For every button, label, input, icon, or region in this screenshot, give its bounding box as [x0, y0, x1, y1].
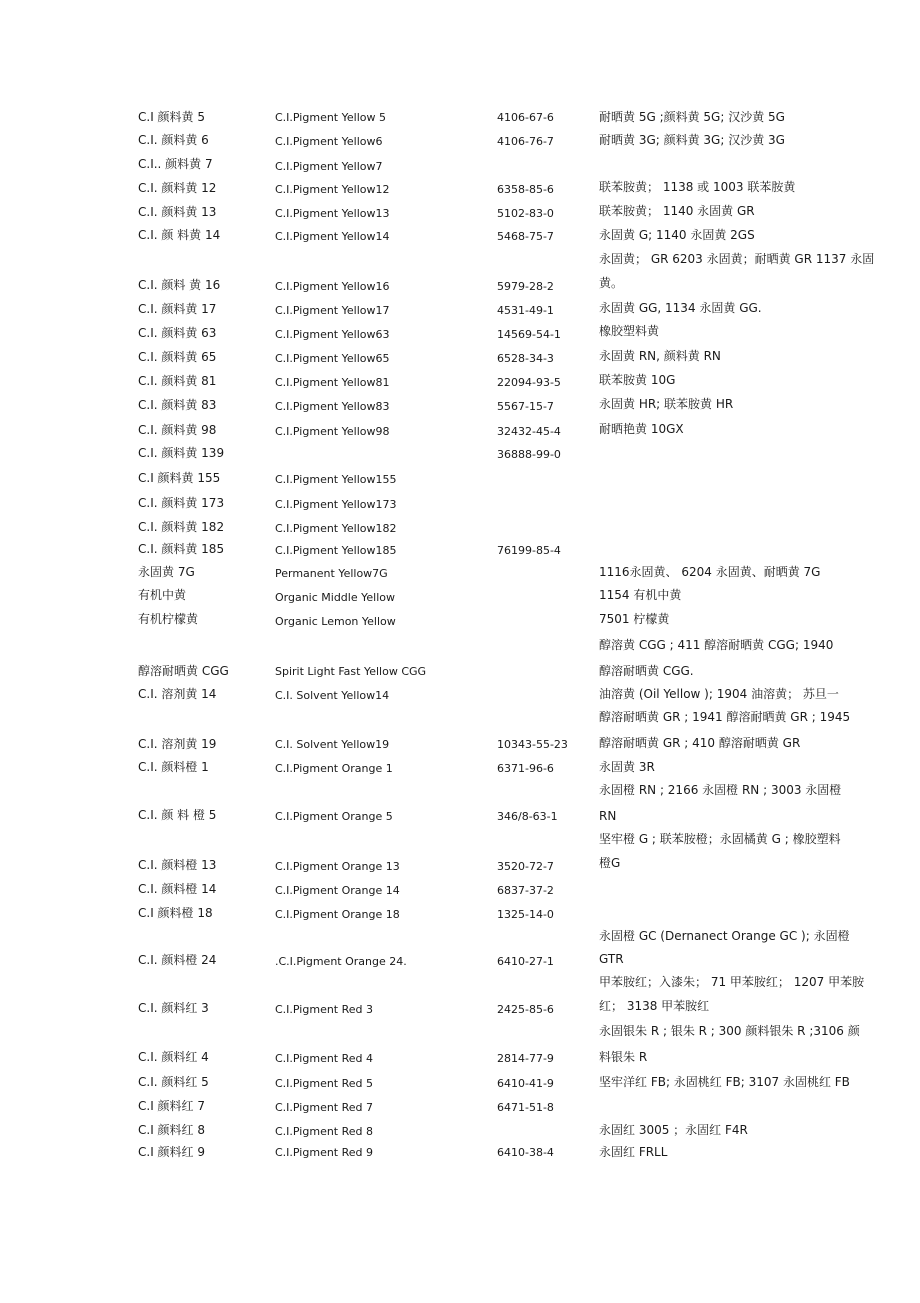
trade-names-cell: 耐晒艳黄 10GX [599, 422, 684, 436]
english-name-cell: C.I.Pigment Yellow155 [275, 473, 396, 487]
cas-number-cell: 346/8-63-1 [497, 810, 558, 824]
english-name-cell: C.I.Pigment Yellow 5 [275, 111, 386, 125]
cas-number-cell: 6410-27-1 [497, 955, 554, 969]
cas-number-cell: 3520-72-7 [497, 860, 554, 874]
chinese-name-cell: C.I. 溶剂黄 19 [138, 737, 216, 751]
trade-names-cell: 橙G [599, 856, 620, 870]
trade-names-cell: 永固黄 HR; 联苯胺黄 HR [599, 397, 733, 411]
cas-number-cell: 5102-83-0 [497, 207, 554, 221]
chinese-name-cell: C.I. 颜料黄 173 [138, 496, 224, 510]
trade-names-cell: 1154 有机中黄 [599, 588, 681, 602]
trade-names-cell: 联苯胺黄； 1140 永固黄 GR [599, 204, 755, 218]
trade-names-cell: 永固黄； GR 6203 永固黄；耐晒黄 GR 1137 永固 [599, 252, 874, 266]
trade-names-cell: 永固黄 RN, 颜料黄 RN [599, 349, 721, 363]
chinese-name-cell: C.I. 颜料橙 13 [138, 858, 216, 872]
chinese-name-cell: C.I 颜料红 7 [138, 1099, 205, 1113]
trade-names-cell: 永固橙 RN ; 2166 永固橙 RN ; 3003 永固橙 [599, 783, 841, 797]
chinese-name-cell: C.I. 颜料红 5 [138, 1075, 209, 1089]
chinese-name-cell: 有机中黄 [138, 588, 186, 602]
chinese-name-cell: C.I.. 颜料黄 7 [138, 157, 213, 171]
english-name-cell: C.I.Pigment Orange 18 [275, 908, 400, 922]
chinese-name-cell: C.I. 颜料黄 182 [138, 520, 224, 534]
trade-names-cell: 甲苯胺红；入漆朱； 71 甲苯胺红； 1207 甲苯胺 [599, 975, 864, 989]
english-name-cell: C.I.Pigment Yellow83 [275, 400, 389, 414]
chinese-name-cell: C.I 颜料橙 18 [138, 906, 213, 920]
english-name-cell: C.I.Pigment Yellow13 [275, 207, 389, 221]
cas-number-cell: 4106-76-7 [497, 135, 554, 149]
chinese-name-cell: C.I. 颜料黄 185 [138, 542, 224, 556]
english-name-cell: C.I.Pigment Yellow16 [275, 280, 389, 294]
trade-names-cell: 油溶黄 (Oil Yellow ); 1904 油溶黄； 苏旦一 [599, 687, 839, 701]
english-name-cell: C.I.Pigment Yellow7 [275, 160, 382, 174]
document-page: C.I 颜料黄 5C.I.Pigment Yellow 54106-67-6耐晒… [0, 0, 920, 1303]
cas-number-cell: 6528-34-3 [497, 352, 554, 366]
english-name-cell: C.I.Pigment Red 9 [275, 1146, 373, 1160]
english-name-cell: C.I.Pigment Red 3 [275, 1003, 373, 1017]
cas-number-cell: 2814-77-9 [497, 1052, 554, 1066]
english-name-cell: C.I.Pigment Orange 14 [275, 884, 400, 898]
english-name-cell: C.I.Pigment Yellow14 [275, 230, 389, 244]
cas-number-cell: 6410-38-4 [497, 1146, 554, 1160]
chinese-name-cell: 醇溶耐晒黄 CGG [138, 664, 229, 678]
chinese-name-cell: 永固黄 7G [138, 565, 195, 579]
cas-number-cell: 4106-67-6 [497, 111, 554, 125]
chinese-name-cell: C.I. 颜料 黄 16 [138, 278, 220, 292]
trade-names-cell: 醇溶耐晒黄 CGG. [599, 664, 694, 678]
english-name-cell: C.I.Pigment Yellow81 [275, 376, 389, 390]
cas-number-cell: 5567-15-7 [497, 400, 554, 414]
english-name-cell: C.I.Pigment Red 8 [275, 1125, 373, 1139]
english-name-cell: C.I. Solvent Yellow14 [275, 689, 389, 703]
english-name-cell: C.I.Pigment Yellow63 [275, 328, 389, 342]
chinese-name-cell: C.I. 颜料橙 14 [138, 882, 216, 896]
trade-names-cell: 联苯胺黄； 1138 或 1003 联苯胺黄 [599, 180, 795, 194]
chinese-name-cell: C.I. 颜料红 3 [138, 1001, 209, 1015]
english-name-cell: .C.I.Pigment Orange 24. [275, 955, 407, 969]
english-name-cell: C.I. Solvent Yellow19 [275, 738, 389, 752]
trade-names-cell: 醇溶耐晒黄 GR ; 1941 醇溶耐晒黄 GR ; 1945 [599, 710, 850, 724]
trade-names-cell: 耐晒黄 3G; 颜料黄 3G; 汉沙黄 3G [599, 133, 785, 147]
chinese-name-cell: C.I. 颜料黄 13 [138, 205, 216, 219]
chinese-name-cell: C.I. 颜料黄 63 [138, 326, 216, 340]
english-name-cell: Spirit Light Fast Yellow CGG [275, 665, 426, 679]
trade-names-cell: 耐晒黄 5G ;颜料黄 5G; 汉沙黄 5G [599, 110, 785, 124]
cas-number-cell: 32432-45-4 [497, 425, 561, 439]
cas-number-cell: 76199-85-4 [497, 544, 561, 558]
chinese-name-cell: C.I. 颜料黄 6 [138, 133, 209, 147]
chinese-name-cell: C.I. 颜料黄 81 [138, 374, 216, 388]
chinese-name-cell: C.I. 颜料黄 65 [138, 350, 216, 364]
cas-number-cell: 6358-85-6 [497, 183, 554, 197]
trade-names-cell: 坚牢洋红 FB; 永固桃红 FB; 3107 永固桃红 FB [599, 1075, 850, 1089]
chinese-name-cell: C.I. 颜料黄 17 [138, 302, 216, 316]
chinese-name-cell: C.I. 颜料黄 98 [138, 423, 216, 437]
chinese-name-cell: C.I 颜料红 8 [138, 1123, 205, 1137]
chinese-name-cell: C.I 颜料黄 5 [138, 110, 205, 124]
chinese-name-cell: C.I 颜料红 9 [138, 1145, 205, 1159]
english-name-cell: C.I.Pigment Red 4 [275, 1052, 373, 1066]
english-name-cell: C.I.Pigment Red 5 [275, 1077, 373, 1091]
english-name-cell: Organic Lemon Yellow [275, 615, 396, 629]
cas-number-cell: 2425-85-6 [497, 1003, 554, 1017]
cas-number-cell: 5979-28-2 [497, 280, 554, 294]
trade-names-cell: RN [599, 809, 616, 823]
chinese-name-cell: C.I 颜料黄 155 [138, 471, 220, 485]
english-name-cell: C.I.Pigment Yellow6 [275, 135, 382, 149]
cas-number-cell: 1325-14-0 [497, 908, 554, 922]
cas-number-cell: 6471-51-8 [497, 1101, 554, 1115]
trade-names-cell: 联苯胺黄 10G [599, 373, 675, 387]
trade-names-cell: 永固银朱 R ; 银朱 R ; 300 颜料银朱 R ;3106 颜 [599, 1024, 860, 1038]
trade-names-cell: 坚牢橙 G ; 联苯胺橙；永固橘黄 G ; 橡胶塑料 [599, 832, 841, 846]
cas-number-cell: 14569-54-1 [497, 328, 561, 342]
chinese-name-cell: C.I. 颜料橙 1 [138, 760, 209, 774]
trade-names-cell: 1116永固黄、 6204 永固黄、耐晒黄 7G [599, 565, 820, 579]
trade-names-cell: 永固红 3005 ；永固红 F4R [599, 1123, 748, 1137]
cas-number-cell: 4531-49-1 [497, 304, 554, 318]
trade-names-cell: 永固黄 GG, 1134 永固黄 GG. [599, 301, 762, 315]
trade-names-cell: 醇溶黄 CGG ; 411 醇溶耐晒黄 CGG; 1940 [599, 638, 833, 652]
cas-number-cell: 22094-93-5 [497, 376, 561, 390]
cas-number-cell: 6371-96-6 [497, 762, 554, 776]
chinese-name-cell: C.I. 颜料黄 139 [138, 446, 224, 460]
cas-number-cell: 10343-55-23 [497, 738, 568, 752]
trade-names-cell: 永固橙 GC (Dernanect Orange GC ); 永固橙 [599, 929, 850, 943]
english-name-cell: C.I.Pigment Yellow12 [275, 183, 389, 197]
trade-names-cell: 永固黄 G; 1140 永固黄 2GS [599, 228, 755, 242]
english-name-cell: Permanent Yellow7G [275, 567, 388, 581]
trade-names-cell: 黄。 [599, 276, 623, 290]
english-name-cell: C.I.Pigment Yellow182 [275, 522, 396, 536]
english-name-cell: C.I.Pigment Orange 1 [275, 762, 393, 776]
english-name-cell: Organic Middle Yellow [275, 591, 395, 605]
chinese-name-cell: C.I. 颜料红 4 [138, 1050, 209, 1064]
cas-number-cell: 5468-75-7 [497, 230, 554, 244]
cas-number-cell: 6837-37-2 [497, 884, 554, 898]
chinese-name-cell: C.I. 颜 料黄 14 [138, 228, 220, 242]
english-name-cell: C.I.Pigment Yellow17 [275, 304, 389, 318]
trade-names-cell: 永固黄 3R [599, 760, 655, 774]
chinese-name-cell: C.I. 颜 料 橙 5 [138, 808, 216, 822]
cas-number-cell: 6410-41-9 [497, 1077, 554, 1091]
trade-names-cell: 7501 柠檬黄 [599, 612, 669, 626]
chinese-name-cell: C.I. 颜料黄 83 [138, 398, 216, 412]
chinese-name-cell: C.I. 颜料橙 24 [138, 953, 216, 967]
trade-names-cell: 红； 3138 甲苯胺红 [599, 999, 709, 1013]
chinese-name-cell: C.I. 溶剂黄 14 [138, 687, 216, 701]
english-name-cell: C.I.Pigment Yellow185 [275, 544, 396, 558]
english-name-cell: C.I.Pigment Yellow173 [275, 498, 396, 512]
trade-names-cell: 醇溶耐晒黄 GR ; 410 醇溶耐晒黄 GR [599, 736, 800, 750]
english-name-cell: C.I.Pigment Yellow98 [275, 425, 389, 439]
trade-names-cell: 永固红 FRLL [599, 1145, 667, 1159]
trade-names-cell: 料银朱 R [599, 1050, 647, 1064]
trade-names-cell: GTR [599, 952, 624, 966]
english-name-cell: C.I.Pigment Red 7 [275, 1101, 373, 1115]
cas-number-cell: 36888-99-0 [497, 448, 561, 462]
chinese-name-cell: 有机柠檬黄 [138, 612, 198, 626]
trade-names-cell: 橡胶塑料黄 [599, 324, 659, 338]
chinese-name-cell: C.I. 颜料黄 12 [138, 181, 216, 195]
english-name-cell: C.I.Pigment Yellow65 [275, 352, 389, 366]
english-name-cell: C.I.Pigment Orange 5 [275, 810, 393, 824]
english-name-cell: C.I.Pigment Orange 13 [275, 860, 400, 874]
